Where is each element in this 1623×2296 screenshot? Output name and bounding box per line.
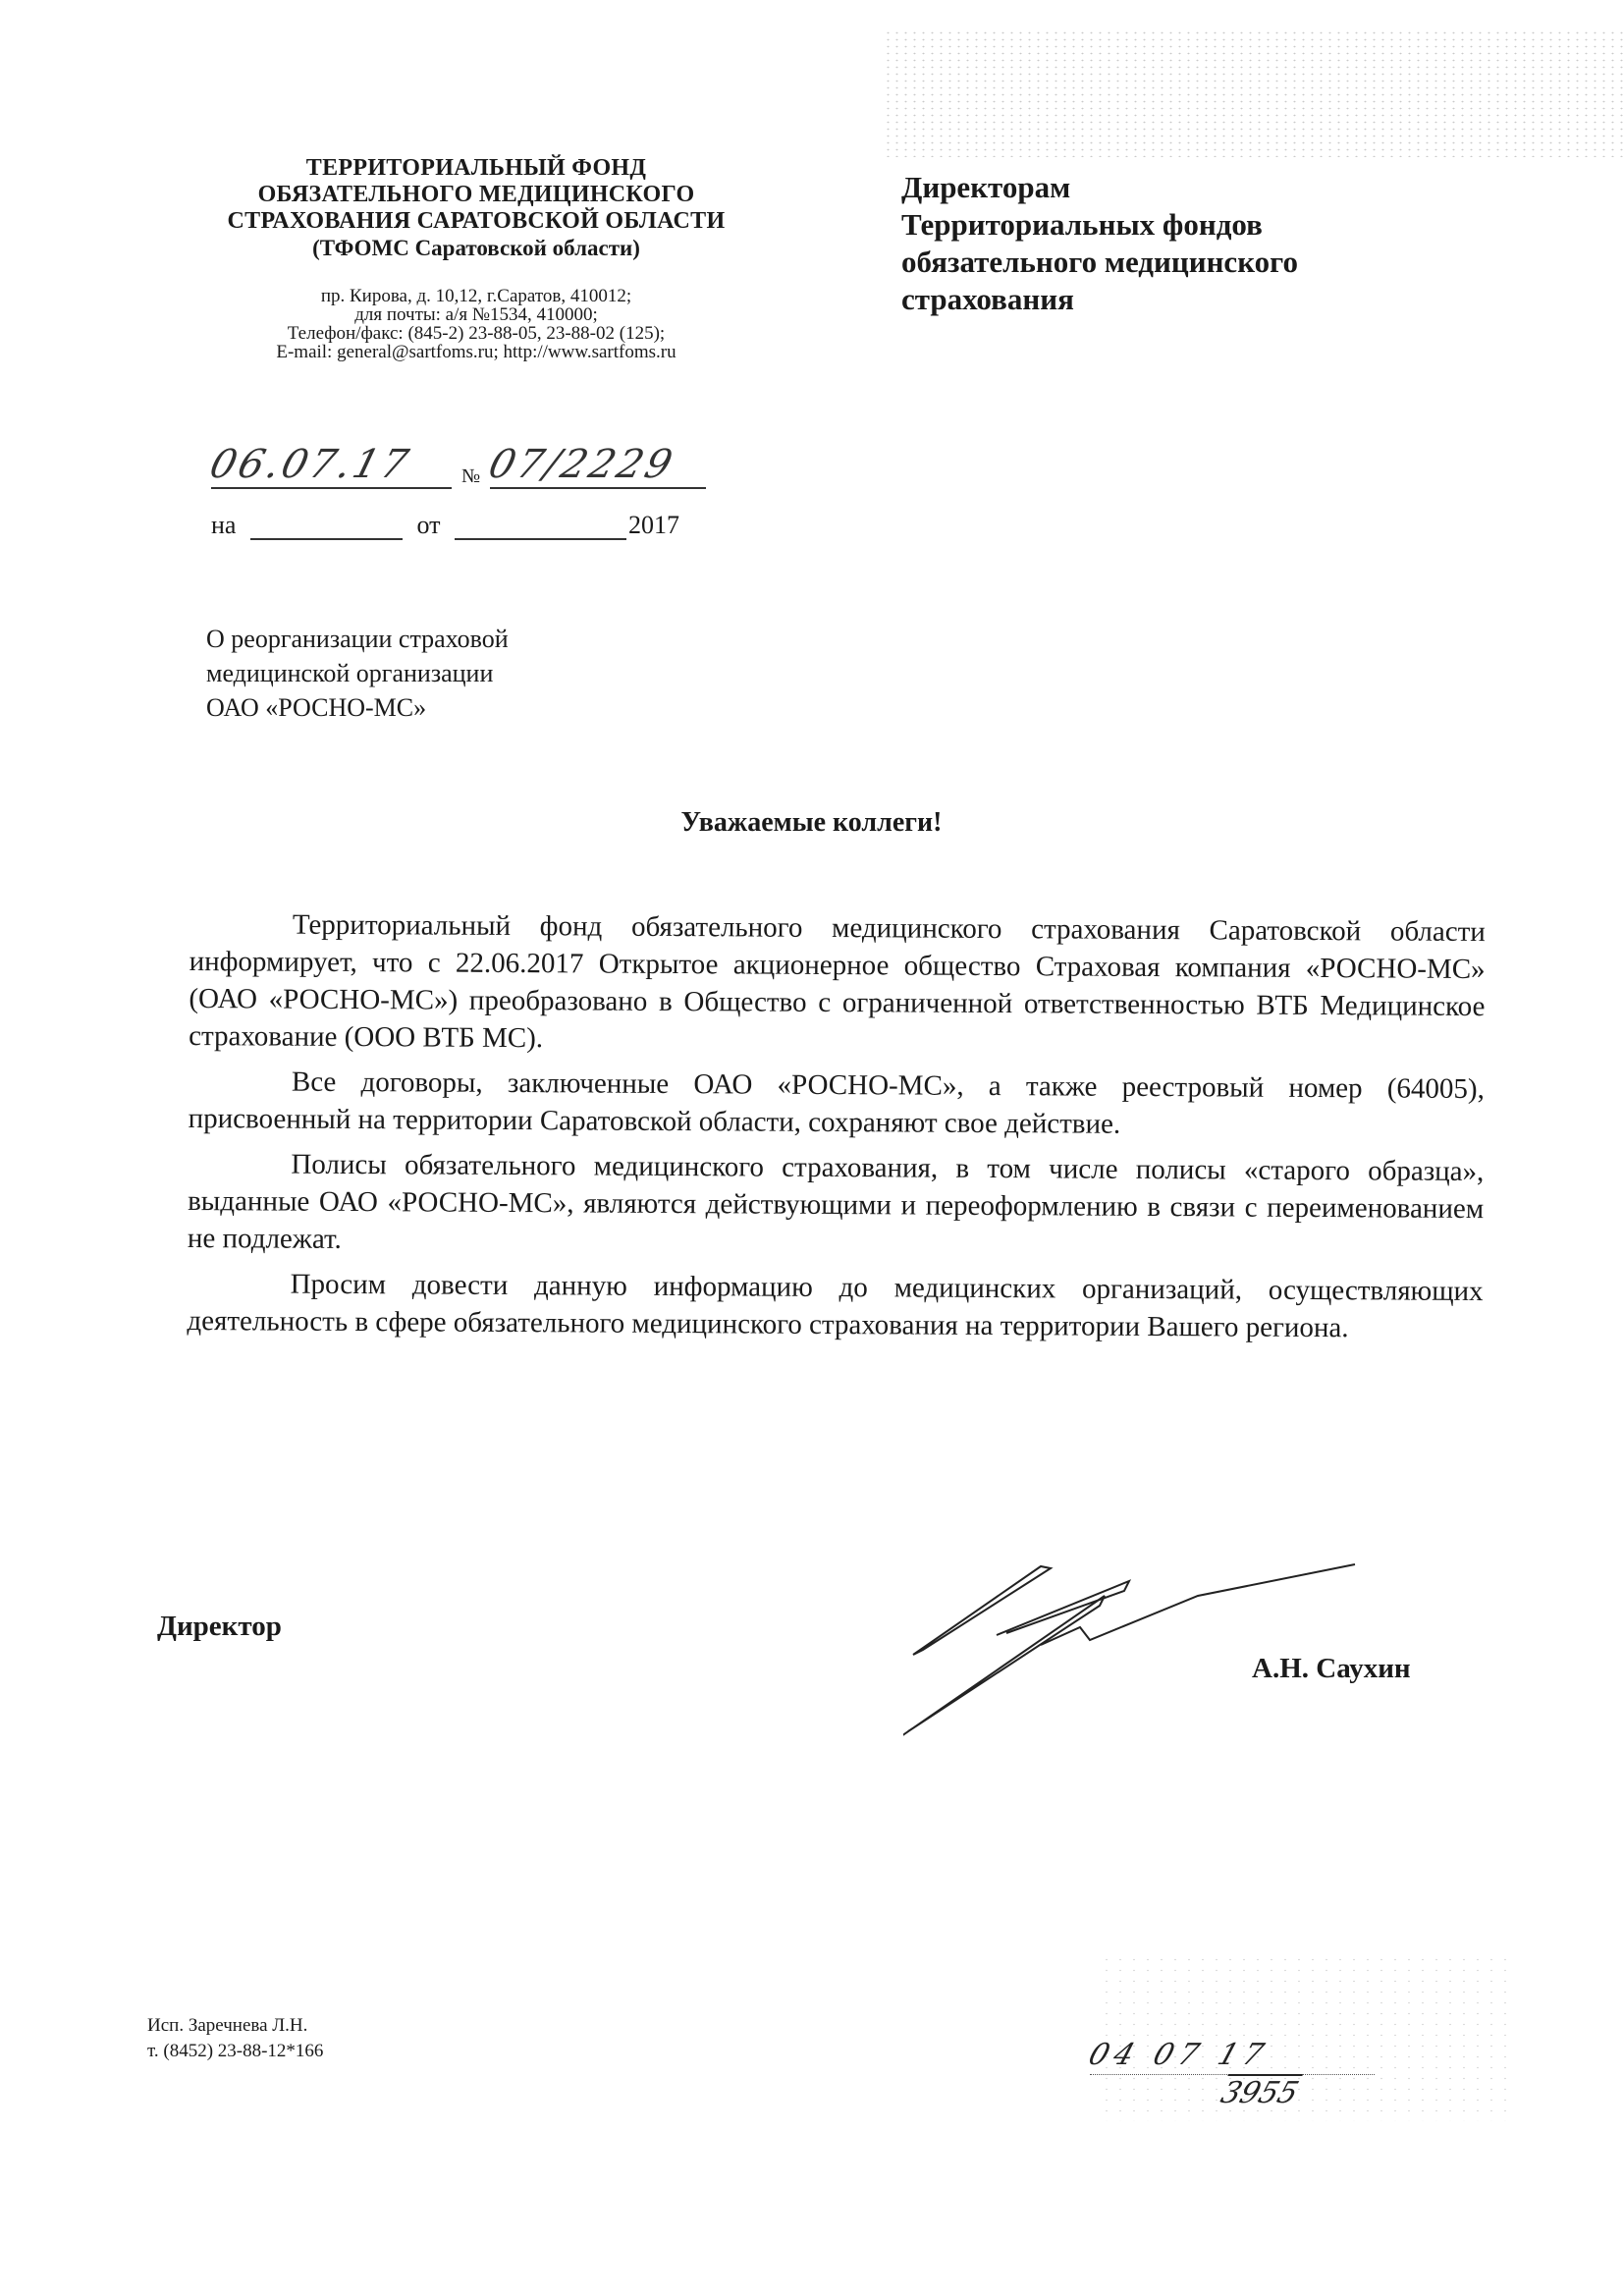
executor-phone: т. (8452) 23-88-12*166 (147, 2039, 323, 2064)
incoming-stamp: 04 07 17 3955 (1070, 2003, 1404, 2121)
scan-noise (884, 29, 1623, 157)
registration-line: 06.07.17 № 07/2229 (211, 442, 706, 489)
signer-name: А.Н. Саухин (1252, 1653, 1411, 1685)
incoming-number-handwritten: 3955 (1217, 2074, 1303, 2110)
reply-date-blank (455, 517, 626, 540)
executor-name: Исп. Заречнева Л.Н. (147, 2013, 323, 2039)
addressee-line: обязательного медицинского (901, 244, 1298, 281)
reply-from-label: от (416, 511, 440, 539)
outgoing-number-handwritten: 07/2229 (484, 442, 679, 487)
reply-year: 2017 (628, 511, 679, 539)
org-name-line: ОБЯЗАТЕЛЬНОГО МЕДИЦИНСКОГО (196, 182, 756, 208)
body-paragraph: Все договоры, заключенные ОАО «РОСНО-МС»… (189, 1063, 1485, 1145)
subject-line: ОАО «РОСНО-МС» (206, 690, 509, 725)
addressee-line: страхования (901, 281, 1298, 318)
address-line: Телефон/факс: (845-2) 23-88-05, 23-88-02… (196, 324, 756, 343)
address-line: для почты: а/я №1534, 410000; (196, 305, 756, 324)
greeting: Уважаемые коллеги! (0, 807, 1623, 839)
addressee-line: Территориальных фондов (901, 206, 1298, 244)
outgoing-date-field: 06.07.17 (211, 442, 452, 489)
org-name-line: СТРАХОВАНИЯ САРАТОВСКОЙ ОБЛАСТИ (196, 208, 756, 235)
org-address: пр. Кирова, д. 10,12, г.Саратов, 410012;… (196, 287, 756, 361)
outgoing-number-field: 07/2229 (490, 442, 706, 489)
incoming-date-handwritten: 04 07 17 (1084, 2038, 1273, 2072)
reply-reference-line: на от 2017 (211, 511, 679, 540)
org-short-name: (ТФОМС Саратовской области) (196, 235, 756, 261)
body-paragraph: Полисы обязательного медицинского страхо… (188, 1145, 1485, 1265)
org-name-line: ТЕРРИТОРИАЛЬНЫЙ ФОНД (196, 155, 756, 182)
outgoing-date-handwritten: 06.07.17 (205, 442, 415, 487)
addressee-line: Директорам (901, 169, 1298, 206)
subject-line: медицинской организации (206, 656, 509, 690)
address-line: E-mail: general@sartfoms.ru; http://www.… (196, 343, 756, 361)
signer-position: Директор (157, 1611, 282, 1643)
subject-line: О реорганизации страховой (206, 622, 509, 656)
body-paragraph: Просим довести данную информацию до меди… (187, 1265, 1483, 1347)
reply-label: на (211, 511, 236, 539)
address-line: пр. Кирова, д. 10,12, г.Саратов, 410012; (196, 287, 756, 305)
reply-number-blank (250, 517, 403, 540)
number-label: № (461, 465, 480, 487)
executor-info: Исп. Заречнева Л.Н. т. (8452) 23-88-12*1… (147, 2013, 323, 2064)
letterhead: ТЕРРИТОРИАЛЬНЫЙ ФОНД ОБЯЗАТЕЛЬНОГО МЕДИЦ… (196, 155, 756, 361)
addressee-block: Директорам Территориальных фондов обязат… (901, 169, 1298, 318)
letter-body: Территориальный фонд обязательного медиц… (187, 905, 1486, 1355)
subject-block: О реорганизации страховой медицинской ор… (206, 622, 509, 725)
body-paragraph: Территориальный фонд обязательного медиц… (189, 905, 1486, 1063)
